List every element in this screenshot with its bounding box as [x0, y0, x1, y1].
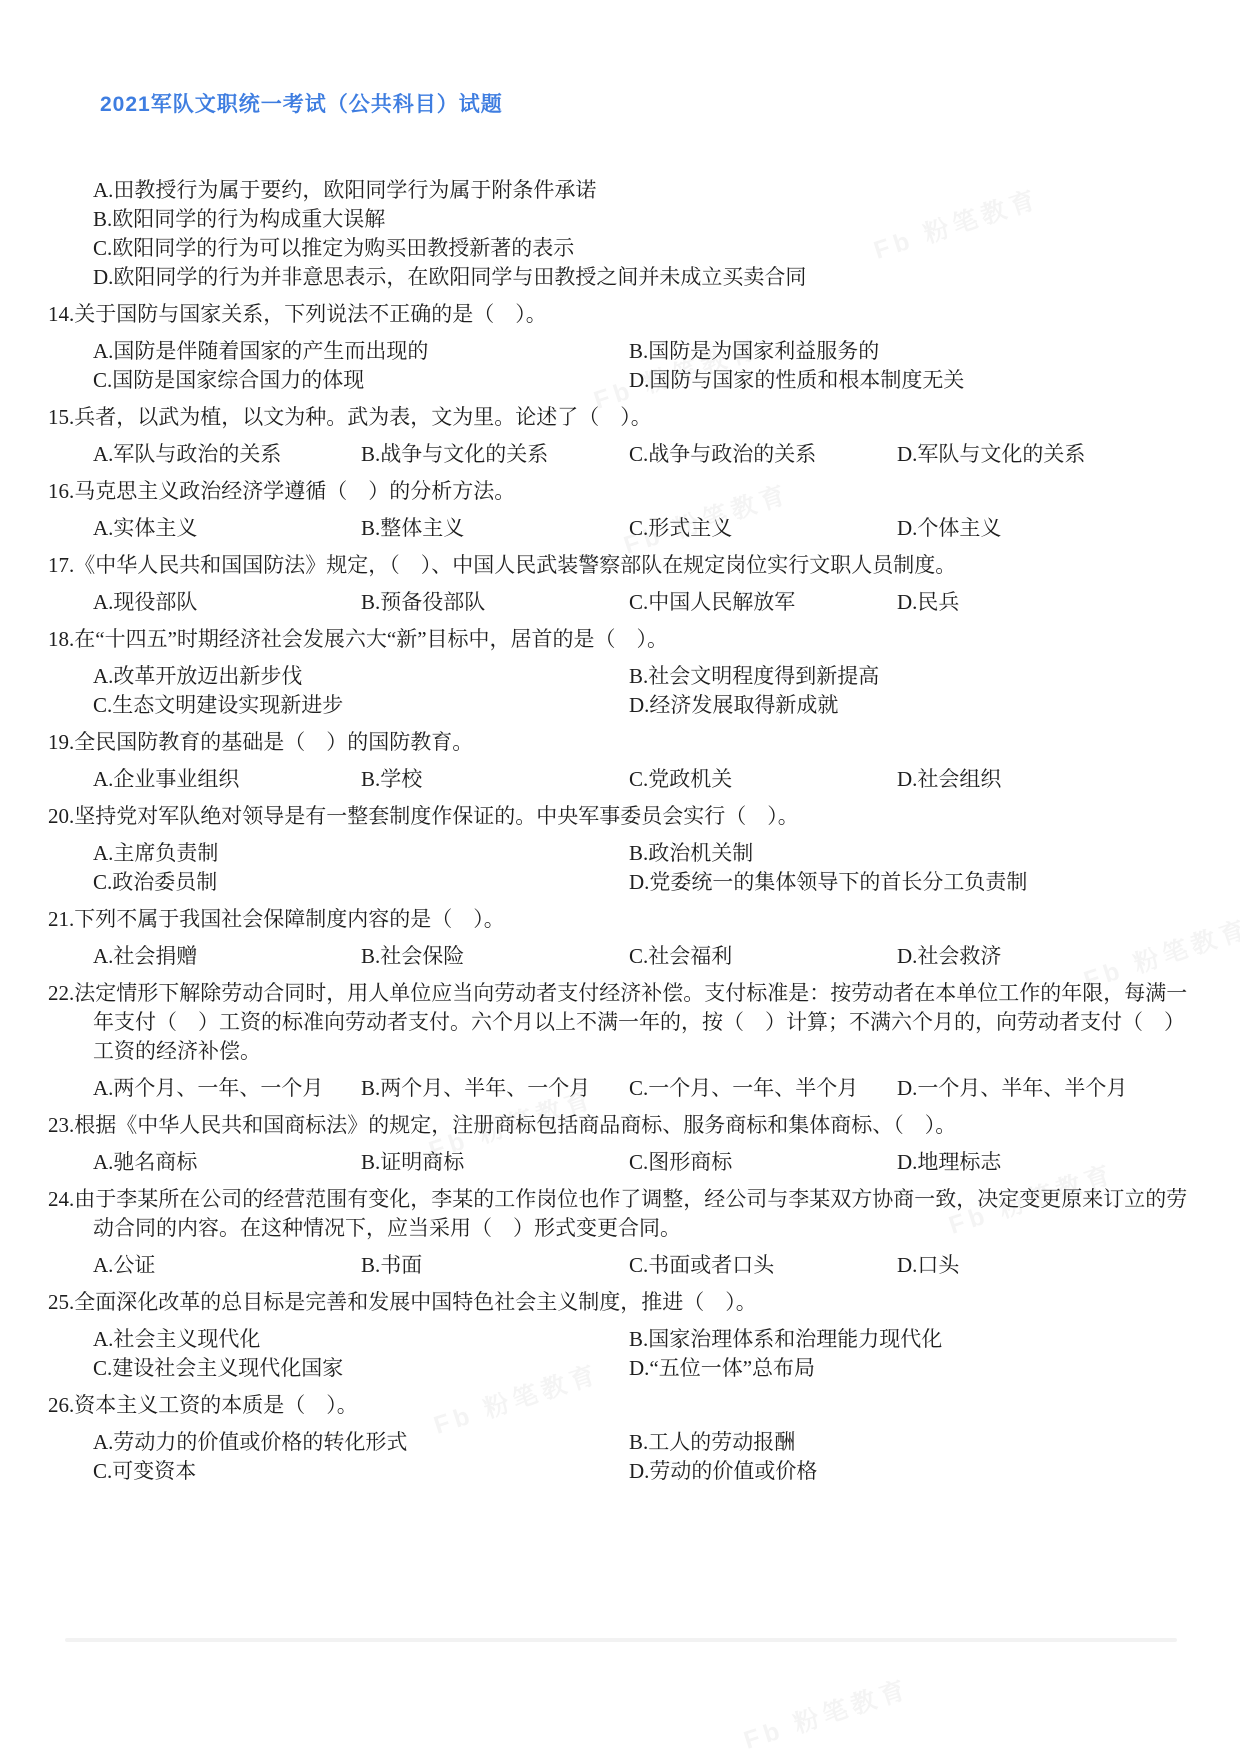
option-b: B.两个月、半年、一个月 — [361, 1074, 629, 1103]
question-16-options: A.实体主义 B.整体主义 C.形式主义 D.个体主义 — [93, 514, 1194, 543]
question-24: 24.由于李某所在公司的经营范围有变化，李某的工作岗位也作了调整，经公司与李某双… — [48, 1185, 1194, 1280]
question-stem: 25.全面深化改革的总目标是完善和发展中国特色社会主义制度，推进（ ）。 — [48, 1288, 1194, 1317]
option-a: A.社会主义现代化 — [93, 1325, 629, 1354]
question-stem: 15.兵者，以武为植，以文为种。武为表，文为里。论述了（ ）。 — [48, 403, 1194, 432]
option-d: D.国防与国家的性质和根本制度无关 — [629, 366, 1194, 395]
page-title: 2021军队文职统一考试（公共科目）试题 — [100, 88, 503, 118]
page-bottom-divider — [65, 1638, 1177, 1642]
option-a: A.企业事业组织 — [93, 765, 361, 794]
question-stem: 24.由于李某所在公司的经营范围有变化，李某的工作岗位也作了调整，经公司与李某双… — [48, 1185, 1194, 1243]
option-d: D.社会组织 — [897, 765, 1194, 794]
option-a: A.主席负责制 — [93, 839, 629, 868]
option-c: C.战争与政治的关系 — [629, 440, 897, 469]
question-18: 18.在“十四五”时期经济社会发展六大“新”目标中，居首的是（ ）。 A.改革开… — [48, 625, 1194, 720]
option-c: C.建设社会主义现代化国家 — [93, 1354, 629, 1383]
question-stem: 17.《中华人民共和国国防法》规定，（ ）、中国人民武装警察部队在规定岗位实行文… — [48, 551, 1194, 580]
question-16: 16.马克思主义政治经济学遵循（ ）的分析方法。 A.实体主义 B.整体主义 C… — [48, 477, 1194, 543]
question-19: 19.全民国防教育的基础是（ ）的国防教育。 A.企业事业组织 B.学校 C.党… — [48, 728, 1194, 794]
option-c: C.国防是国家综合国力的体现 — [93, 366, 629, 395]
option-c: C.书面或者口头 — [629, 1251, 897, 1280]
question-23: 23.根据《中华人民共和国商标法》的规定，注册商标包括商品商标、服务商标和集体商… — [48, 1111, 1194, 1177]
option-c: C.形式主义 — [629, 514, 897, 543]
question-20: 20.坚持党对军队绝对领导是有一整套制度作保证的。中央军事委员会实行（ ）。 A… — [48, 802, 1194, 897]
option-b: B.战争与文化的关系 — [361, 440, 629, 469]
question-13-options: A.田教授行为属于要约，欧阳同学行为属于附条件承诺 B.欧阳同学的行为构成重大误… — [93, 176, 1194, 292]
option-d: D.党委统一的集体领导下的首长分工负责制 — [629, 868, 1194, 897]
option-a: A.改革开放迈出新步伐 — [93, 662, 629, 691]
question-19-options: A.企业事业组织 B.学校 C.党政机关 D.社会组织 — [93, 765, 1194, 794]
question-25-options: A.社会主义现代化 B.国家治理体系和治理能力现代化 C.建设社会主义现代化国家… — [93, 1325, 1194, 1383]
question-23-options: A.驰名商标 B.证明商标 C.图形商标 D.地理标志 — [93, 1148, 1194, 1177]
option-a: A.公证 — [93, 1251, 361, 1280]
option-d: D.劳动的价值或价格 — [629, 1457, 1194, 1486]
option-b: B.政治机关制 — [629, 839, 1194, 868]
option-b: B.证明商标 — [361, 1148, 629, 1177]
option-d: D.个体主义 — [897, 514, 1194, 543]
question-21-options: A.社会捐赠 B.社会保险 C.社会福利 D.社会救济 — [93, 942, 1194, 971]
option-b: B.国家治理体系和治理能力现代化 — [629, 1325, 1194, 1354]
option-a: A.国防是伴随着国家的产生而出现的 — [93, 337, 629, 366]
option-b: B.社会文明程度得到新提高 — [629, 662, 1194, 691]
option-c: C.图形商标 — [629, 1148, 897, 1177]
option-b: B.欧阳同学的行为构成重大误解 — [93, 205, 1194, 234]
option-b: B.预备役部队 — [361, 588, 629, 617]
question-22-options: A.两个月、一年、一个月 B.两个月、半年、一个月 C.一个月、一年、半个月 D… — [93, 1074, 1194, 1103]
option-b: B.学校 — [361, 765, 629, 794]
option-c: C.生态文明建设实现新进步 — [93, 691, 629, 720]
option-c: C.政治委员制 — [93, 868, 629, 897]
question-17-options: A.现役部队 B.预备役部队 C.中国人民解放军 D.民兵 — [93, 588, 1194, 617]
option-d: D.口头 — [897, 1251, 1194, 1280]
question-18-options: A.改革开放迈出新步伐 B.社会文明程度得到新提高 C.生态文明建设实现新进步 … — [93, 662, 1194, 720]
question-stem: 22.法定情形下解除劳动合同时，用人单位应当向劳动者支付经济补偿。支付标准是：按… — [48, 979, 1194, 1066]
option-b: B.书面 — [361, 1251, 629, 1280]
question-25: 25.全面深化改革的总目标是完善和发展中国特色社会主义制度，推进（ ）。 A.社… — [48, 1288, 1194, 1383]
option-c: C.一个月、一年、半个月 — [629, 1074, 897, 1103]
question-14: 14.关于国防与国家关系，下列说法不正确的是（ ）。 A.国防是伴随着国家的产生… — [48, 300, 1194, 395]
question-24-options: A.公证 B.书面 C.书面或者口头 D.口头 — [93, 1251, 1194, 1280]
option-a: A.田教授行为属于要约，欧阳同学行为属于附条件承诺 — [93, 176, 1194, 205]
exam-content: A.田教授行为属于要约，欧阳同学行为属于附条件承诺 B.欧阳同学的行为构成重大误… — [48, 168, 1194, 1486]
option-c: C.党政机关 — [629, 765, 897, 794]
option-a: A.劳动力的价值或价格的转化形式 — [93, 1428, 629, 1457]
option-a: A.军队与政治的关系 — [93, 440, 361, 469]
option-c: C.中国人民解放军 — [629, 588, 897, 617]
question-stem: 26.资本主义工资的本质是（ ）。 — [48, 1391, 1194, 1420]
option-c: C.欧阳同学的行为可以推定为购买田教授新著的表示 — [93, 234, 1194, 263]
question-26-options: A.劳动力的价值或价格的转化形式 B.工人的劳动报酬 C.可变资本 D.劳动的价… — [93, 1428, 1194, 1486]
question-17: 17.《中华人民共和国国防法》规定，（ ）、中国人民武装警察部队在规定岗位实行文… — [48, 551, 1194, 617]
question-stem: 19.全民国防教育的基础是（ ）的国防教育。 — [48, 728, 1194, 757]
option-b: B.社会保险 — [361, 942, 629, 971]
question-22: 22.法定情形下解除劳动合同时，用人单位应当向劳动者支付经济补偿。支付标准是：按… — [48, 979, 1194, 1103]
question-15-options: A.军队与政治的关系 B.战争与文化的关系 C.战争与政治的关系 D.军队与文化… — [93, 440, 1194, 469]
option-c: C.社会福利 — [629, 942, 897, 971]
option-b: B.国防是为国家利益服务的 — [629, 337, 1194, 366]
option-d: D.民兵 — [897, 588, 1194, 617]
option-c: C.可变资本 — [93, 1457, 629, 1486]
option-d: D.经济发展取得新成就 — [629, 691, 1194, 720]
option-a: A.现役部队 — [93, 588, 361, 617]
question-stem: 14.关于国防与国家关系，下列说法不正确的是（ ）。 — [48, 300, 1194, 329]
option-b: B.工人的劳动报酬 — [629, 1428, 1194, 1457]
option-d: D.地理标志 — [897, 1148, 1194, 1177]
question-stem: 18.在“十四五”时期经济社会发展六大“新”目标中，居首的是（ ）。 — [48, 625, 1194, 654]
question-26: 26.资本主义工资的本质是（ ）。 A.劳动力的价值或价格的转化形式 B.工人的… — [48, 1391, 1194, 1486]
question-stem: 21.下列不属于我国社会保障制度内容的是（ ）。 — [48, 905, 1194, 934]
option-d: D.欧阳同学的行为并非意思表示，在欧阳同学与田教授之间并未成立买卖合同 — [93, 263, 1194, 292]
option-d: D.军队与文化的关系 — [897, 440, 1194, 469]
question-stem: 23.根据《中华人民共和国商标法》的规定，注册商标包括商品商标、服务商标和集体商… — [48, 1111, 1194, 1140]
option-d: D.“五位一体”总布局 — [629, 1354, 1194, 1383]
option-b: B.整体主义 — [361, 514, 629, 543]
option-a: A.实体主义 — [93, 514, 361, 543]
option-a: A.驰名商标 — [93, 1148, 361, 1177]
exam-document-page: 2021军队文职统一考试（公共科目）试题 Fb 粉笔教育 Fb 粉笔教育 Fb … — [0, 0, 1240, 1754]
option-d: D.一个月、半年、半个月 — [897, 1074, 1194, 1103]
question-stem: 20.坚持党对军队绝对领导是有一整套制度作保证的。中央军事委员会实行（ ）。 — [48, 802, 1194, 831]
question-stem: 16.马克思主义政治经济学遵循（ ）的分析方法。 — [48, 477, 1194, 506]
option-d: D.社会救济 — [897, 942, 1194, 971]
question-14-options: A.国防是伴随着国家的产生而出现的 B.国防是为国家利益服务的 C.国防是国家综… — [93, 337, 1194, 395]
question-21: 21.下列不属于我国社会保障制度内容的是（ ）。 A.社会捐赠 B.社会保险 C… — [48, 905, 1194, 971]
option-a: A.两个月、一年、一个月 — [93, 1074, 361, 1103]
question-15: 15.兵者，以武为植，以文为种。武为表，文为里。论述了（ ）。 A.军队与政治的… — [48, 403, 1194, 469]
question-20-options: A.主席负责制 B.政治机关制 C.政治委员制 D.党委统一的集体领导下的首长分… — [93, 839, 1194, 897]
option-a: A.社会捐赠 — [93, 942, 361, 971]
watermark-text: Fb 粉笔教育 — [739, 1669, 914, 1754]
